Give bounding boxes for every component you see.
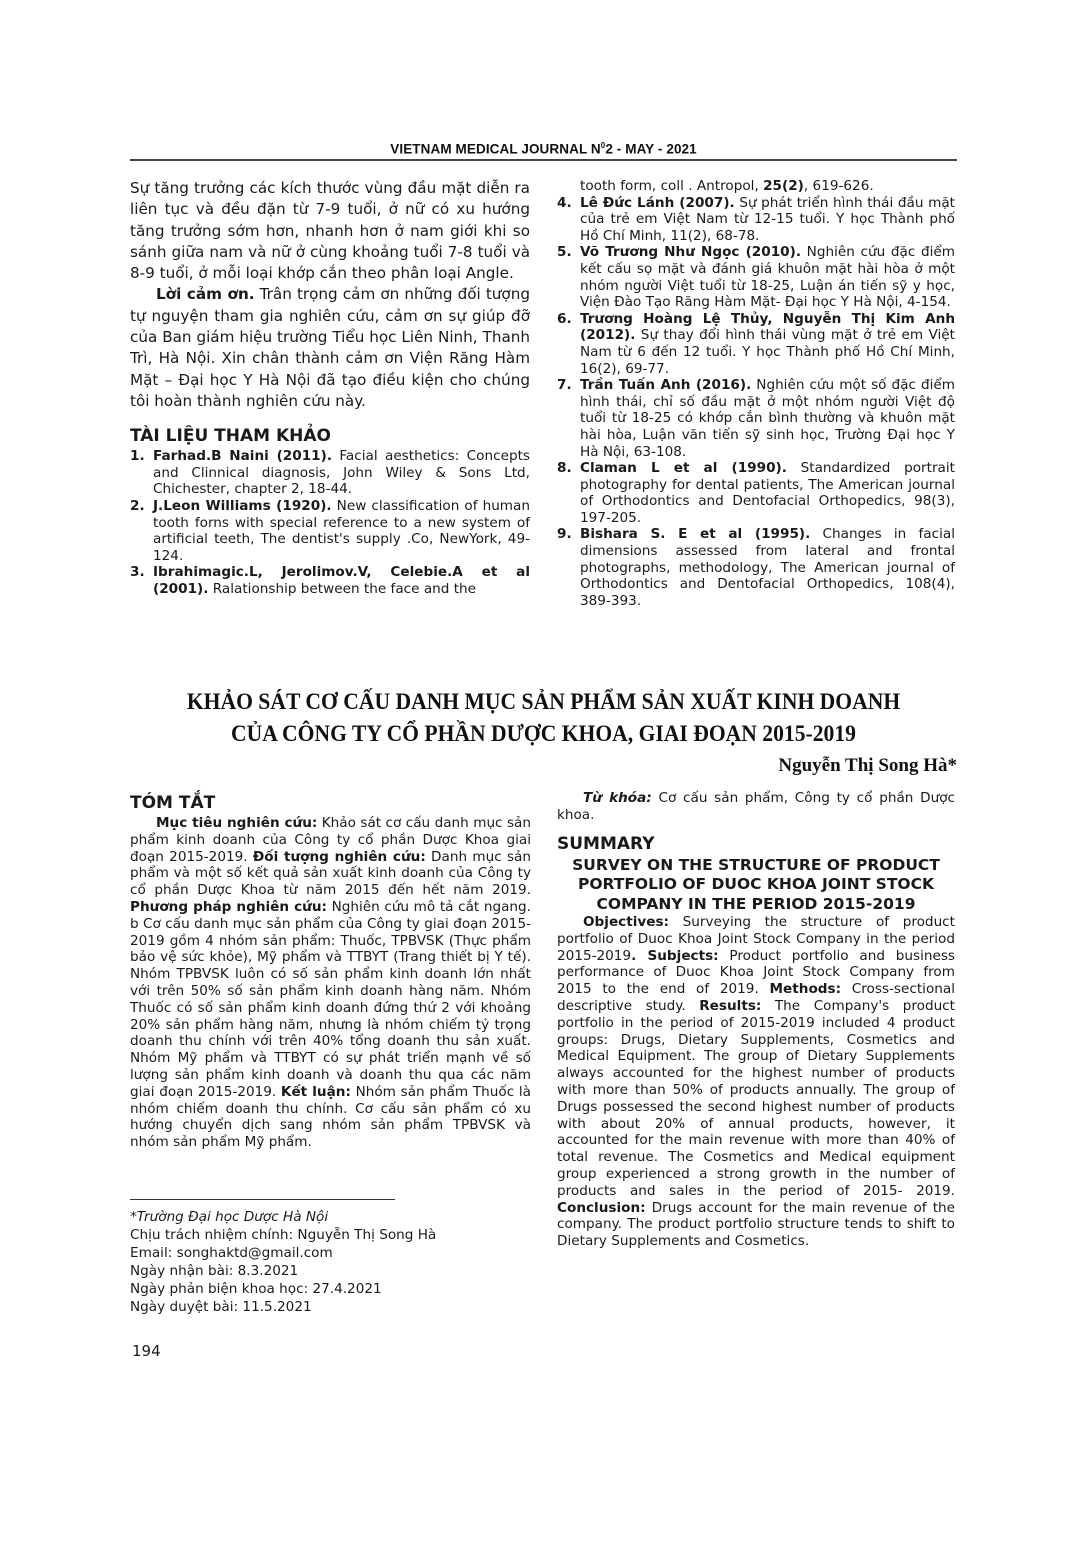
email: Email: songhaktd@gmail.com	[130, 1244, 530, 1262]
date-accepted: Ngày duyệt bài: 11.5.2021	[130, 1298, 530, 1316]
reference-text: Ralationship between the face and the	[208, 581, 476, 597]
previous-article-right-column: tooth form, coll . Antropol, 25(2), 619-…	[557, 178, 955, 609]
conclusion-label: Kết luận:	[281, 1084, 351, 1100]
keywords-label: Từ khóa:	[583, 790, 652, 806]
reference-number: 1.	[130, 448, 145, 465]
abstract-vi-heading: TÓM TẮT	[130, 793, 531, 813]
references-heading: TÀI LIỆU THAM KHẢO	[130, 426, 530, 446]
acknowledgement-text: Trân trọng cảm ơn những đối tượng tự ngu…	[130, 285, 530, 409]
title-line-1: KHẢO SÁT CƠ CẤU DANH MỤC SẢN PHẨM SẢN XU…	[163, 686, 924, 718]
abstract-vi-body: Mục tiêu nghiên cứu: Khảo sát cơ cấu dan…	[130, 815, 531, 1151]
reference-item: 1.Farhad.B Naini (2011). Facial aestheti…	[130, 448, 530, 498]
reference-number: 6.	[557, 311, 572, 328]
corresponding-author: Chịu trách nhiệm chính: Nguyễn Thị Song …	[130, 1226, 530, 1244]
reference-author: Lê Đức Lánh (2007).	[580, 195, 735, 211]
reference-list-left: 1.Farhad.B Naini (2011). Facial aestheti…	[130, 448, 530, 597]
date-reviewed: Ngày phản biện khoa học: 27.4.2021	[130, 1280, 530, 1298]
reference-number: 4.	[557, 195, 572, 212]
methods-text: Nghiên cứu mô tả cắt ngang. b Cơ cấu dan…	[130, 899, 531, 1100]
reference-item: 6.Trương Hoàng Lệ Thủy, Nguyễn Thị Kim A…	[557, 311, 955, 377]
reference-number: 3.	[130, 564, 145, 581]
summary-heading: SUMMARY	[557, 834, 955, 854]
reference-number: 9.	[557, 526, 572, 543]
reference-number: 2.	[130, 498, 145, 515]
article-title: KHẢO SÁT CƠ CẤU DANH MỤC SẢN PHẨM SẢN XU…	[163, 686, 924, 750]
methods-label: Phương pháp nghiên cứu:	[130, 899, 327, 915]
summary-body: Objectives: Surveying the structure of p…	[557, 914, 955, 1250]
results-text: The Company's product portfolio in the p…	[557, 998, 955, 1199]
objective-label: Mục tiêu nghiên cứu:	[156, 815, 317, 831]
reference-item: 4.Lê Đức Lánh (2007). Sự phát triển hình…	[557, 195, 955, 245]
reference-item: 3.Ibrahimagic.L, Jerolimov.V, Celebie.A …	[130, 564, 530, 597]
abstract-vi: TÓM TẮT Mục tiêu nghiên cứu: Khảo sát cơ…	[130, 793, 531, 1151]
reference-author: J.Leon Williams (1920).	[153, 498, 332, 514]
reference-item: 5.Võ Trương Như Ngọc (2010). Nghiên cứu …	[557, 244, 955, 310]
reference-author: Trần Tuấn Anh (2016).	[580, 377, 751, 393]
conclusion-paragraph: Sự tăng trưởng các kích thước vùng đầu m…	[130, 178, 530, 284]
journal-name: VIETNAM MEDICAL JOURNAL N	[390, 142, 601, 157]
footnotes: *Trường Đại học Dược Hà Nội Chịu trách n…	[130, 1208, 530, 1316]
reference-item: 9.Bishara S. E et al (1995). Changes in …	[557, 526, 955, 609]
reference-item: 7.Trần Tuấn Anh (2016). Nghiên cứu một s…	[557, 377, 955, 460]
subjects-label: Đối tượng nghiên cứu:	[253, 849, 426, 865]
previous-article-left-column: Sự tăng trưởng các kích thước vùng đầu m…	[130, 178, 530, 598]
reference-author: Võ Trương Như Ngọc (2010).	[580, 244, 801, 260]
reference-author: Bishara S. E et al (1995).	[580, 526, 810, 542]
reference-text: Sự thay đổi hình thái vùng mặt ở trẻ em …	[580, 327, 955, 376]
keywords: Từ khóa: Cơ cấu sản phẩm, Công ty cổ phầ…	[557, 790, 955, 824]
reference-item: 2.J.Leon Williams (1920). New classifica…	[130, 498, 530, 564]
reference-text: tooth form, coll . Antropol,	[580, 178, 763, 194]
issue-date: 2 - MAY - 2021	[605, 142, 696, 157]
reference-number: 5.	[557, 244, 572, 261]
affiliation: *Trường Đại học Dược Hà Nội	[130, 1208, 530, 1226]
page-number: 194	[132, 1342, 161, 1360]
title-line-2: CỦA CÔNG TY CỔ PHẦN DƯỢC KHOA, GIAI ĐOẠN…	[163, 718, 924, 750]
reference-number: 7.	[557, 377, 572, 394]
abstract-en-column: Từ khóa: Cơ cấu sản phẩm, Công ty cổ phầ…	[557, 790, 955, 1250]
date-received: Ngày nhận bài: 8.3.2021	[130, 1262, 530, 1280]
reference-continuation: tooth form, coll . Antropol, 25(2), 619-…	[557, 178, 955, 195]
reference-number: 8.	[557, 460, 572, 477]
conclusion-label: Conclusion:	[557, 1200, 646, 1216]
methods-label: Methods:	[770, 981, 842, 997]
results-label: Results:	[699, 998, 761, 1014]
header-rule	[130, 159, 957, 161]
reference-volume: 25(2)	[763, 178, 804, 194]
objectives-label: Objectives:	[583, 914, 669, 930]
subjects-label: . Subjects:	[631, 948, 719, 964]
acknowledgement-paragraph: Lời cảm ơn. Trân trọng cảm ơn những đối …	[130, 284, 530, 412]
acknowledgement-label: Lời cảm ơn.	[156, 285, 255, 303]
reference-item: 8.Claman L et al (1990). Standardized po…	[557, 460, 955, 526]
reference-author: Farhad.B Naini (2011).	[153, 448, 332, 464]
reference-pages: , 619-626.	[804, 178, 874, 194]
reference-list-right: tooth form, coll . Antropol, 25(2), 619-…	[557, 178, 955, 609]
reference-author: Claman L et al (1990).	[580, 460, 787, 476]
article-author: Nguyễn Thị Song Hà*	[778, 755, 957, 777]
footnote-rule	[130, 1199, 395, 1200]
summary-title: SURVEY ON THE STRUCTURE OF PRODUCT PORTF…	[557, 856, 955, 915]
running-header: VIETNAM MEDICAL JOURNAL N02 - MAY - 2021	[130, 141, 957, 157]
